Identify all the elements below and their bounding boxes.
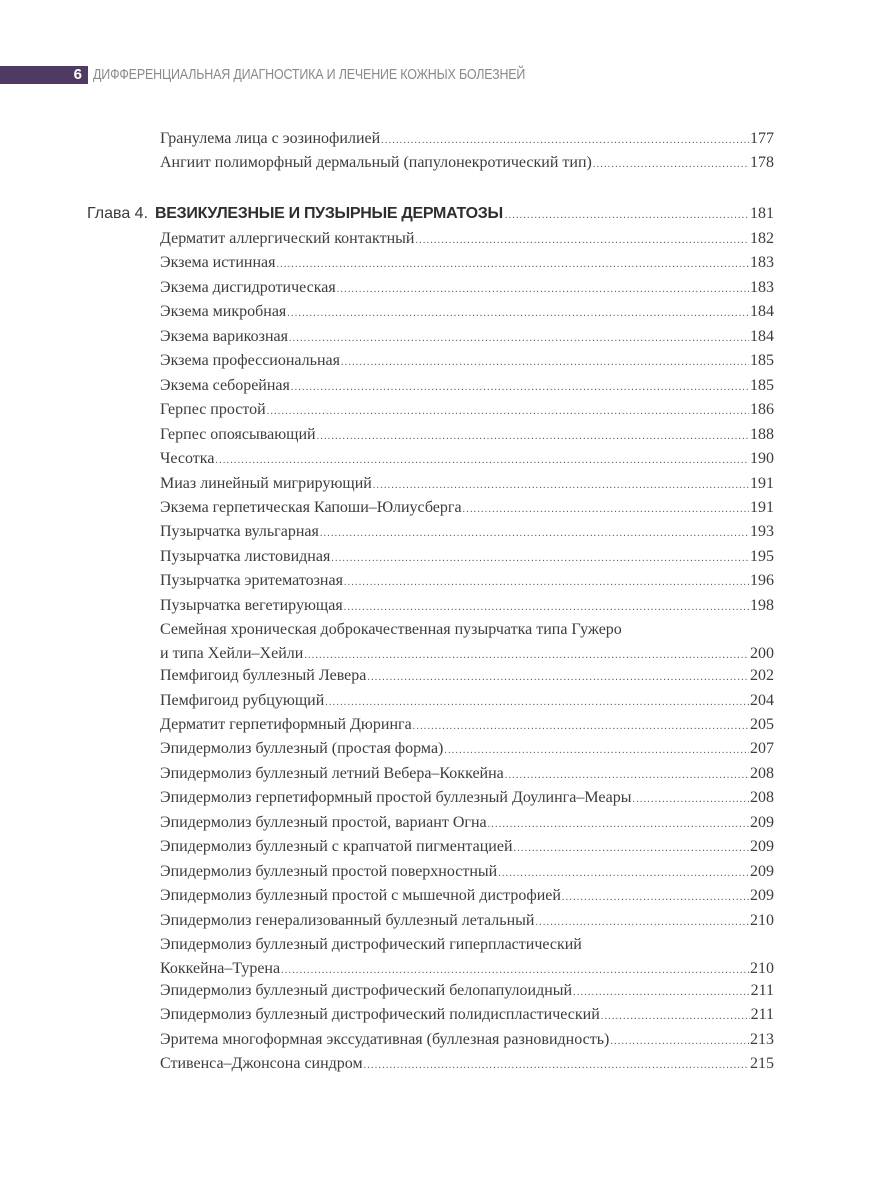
chapter-page: 181 [750,202,774,226]
toc-entry-row: Эритема многоформная экссудативная (булл… [160,1028,774,1054]
toc-entry[interactable]: Гранулема лица с эозинофилией177 [160,127,774,153]
toc-entry[interactable]: Пузырчатка эритематозная196 [160,569,774,595]
toc-entry-title: Экзема профессиональная [160,349,340,373]
toc-entry-page: 213 [750,1028,774,1052]
toc-entry[interactable]: Эпидермолиз буллезный (простая форма)207 [160,737,774,763]
toc-entry-title: Дерматит аллергический контактный [160,227,414,251]
toc-entry-page: 186 [750,398,774,422]
dot-leader [535,911,749,935]
running-title: ДИФФЕРЕНЦИАЛЬНАЯ ДИАГНОСТИКА И ЛЕЧЕНИЕ К… [93,66,525,84]
toc-entry-row: Дерматит герпетиформный Дюринга205 [160,713,774,739]
toc-entry-page: 185 [750,374,774,398]
dot-leader [289,327,749,351]
toc-entry-row: Экзема дисгидротическая183 [160,276,774,302]
dot-leader [415,229,749,253]
toc-entry-row: Пузырчатка листовидная195 [160,545,774,571]
toc-entry-title: Пемфигоид буллезный Левера [160,664,366,688]
dot-leader [341,351,749,375]
toc-entry-title: Пузырчатка вегетирующая [160,594,343,618]
toc-entry-title: Эпидермолиз буллезный простой, вариант О… [160,811,487,835]
toc-entry[interactable]: Чесотка190 [160,447,774,473]
toc-entry-row: Эпидермолиз буллезный с крапчатой пигмен… [160,835,774,861]
toc-entry[interactable]: Экзема профессиональная185 [160,349,774,375]
page-number: 6 [74,66,82,83]
toc-entry-page: 183 [750,276,774,300]
dot-leader [633,788,750,812]
toc-entry-title: Пемфигоид рубцующий [160,689,324,713]
toc-entry[interactable]: Экзема истинная183 [160,251,774,277]
running-header: 6 ДИФФЕРЕНЦИАЛЬНАЯ ДИАГНОСТИКА И ЛЕЧЕНИЕ… [0,63,870,85]
dot-leader [514,837,749,861]
toc-entry-title: Эпидермолиз буллезный с крапчатой пигмен… [160,835,513,859]
dot-leader [593,153,749,177]
toc-entry-row: Пемфигоид рубцующий204 [160,689,774,715]
toc-entry-title: Гранулема лица с эозинофилией [160,127,380,151]
dot-leader [215,449,749,473]
dot-leader [344,596,749,620]
toc-entry-page: 211 [751,979,774,1003]
toc-entry-row: Ангиит полиморфный дермальный (папулонек… [160,151,774,177]
toc-entry-row: Эпидермолиз генерализованный буллезный л… [160,909,774,935]
toc-entry[interactable]: Пузырчатка листовидная195 [160,545,774,571]
toc-entry-page: 202 [750,664,774,688]
chapter-heading[interactable]: Глава 4.ВЕЗИКУЛЕЗНЫЕ И ПУЗЫРНЫЕ ДЕРМАТОЗ… [87,202,774,228]
toc-entry-page: 196 [750,569,774,593]
dot-leader [505,764,749,788]
toc-entry-row: Экзема себорейная185 [160,374,774,400]
toc-entry[interactable]: Эпидермолиз буллезный летний Вебера–Кокк… [160,762,774,788]
toc-entry-row: Герпес опоясывающий188 [160,423,774,449]
dot-leader [331,547,749,571]
toc-entry-title: Эпидермолиз буллезный летний Вебера–Кокк… [160,762,504,786]
toc-entry-row: Эпидермолиз герпетиформный простой булле… [160,786,774,812]
toc-entry-row: Дерматит аллергический контактный182 [160,227,774,253]
toc-entry-page: 215 [750,1052,774,1076]
toc-entry-row: Пузырчатка эритематозная196 [160,569,774,595]
page-number-tab: 6 [0,66,88,84]
toc-entry[interactable]: Эпидермолиз герпетиформный простой булле… [160,786,774,812]
dot-leader [573,981,749,1005]
toc-entry[interactable]: Экзема дисгидротическая183 [160,276,774,302]
toc-entry-row: Пузырчатка вегетирующая198 [160,594,774,620]
toc-entry-page: 184 [750,300,774,324]
toc-entry-page: 183 [750,251,774,275]
toc-entry-row: Чесотка190 [160,447,774,473]
toc-entry[interactable]: Эпидермолиз буллезный простой с мышечной… [160,884,774,910]
toc-entry-page: 209 [750,884,774,908]
toc-entry-row: Эпидермолиз буллезный простой поверхност… [160,860,774,886]
toc-entry[interactable]: Эпидермолиз буллезный простой поверхност… [160,860,774,886]
toc-entry[interactable]: Дерматит герпетиформный Дюринга205 [160,713,774,739]
toc-entry[interactable]: Экзема герпетическая Капоши–Юлиусберга19… [160,496,774,522]
toc-entry-page: 207 [750,737,774,761]
chapter-row: Глава 4.ВЕЗИКУЛЕЗНЫЕ И ПУЗЫРНЫЕ ДЕРМАТОЗ… [87,202,774,228]
toc-entry[interactable]: Экзема варикозная184 [160,325,774,351]
toc-entry-page: 193 [750,520,774,544]
toc-entry-row: Экзема варикозная184 [160,325,774,351]
toc-entry-title: Коккейна–Турена [160,957,280,981]
toc-entry-row: Экзема истинная183 [160,251,774,277]
toc-entry-page: 177 [750,127,774,151]
dot-leader [325,691,749,715]
toc-entry-page: 178 [750,151,774,175]
toc-entry-row: Миаз линейный мигрирующий191 [160,472,774,498]
toc-entry-title: Эпидермолиз генерализованный буллезный л… [160,909,534,933]
toc-entry-title: Эпидермолиз герпетиформный простой булле… [160,786,632,810]
toc-entry-row: Пузырчатка вульгарная193 [160,520,774,546]
toc-entry[interactable]: Семейная хроническая доброкачественная п… [160,618,774,668]
dot-leader [267,400,749,424]
toc-entry-page: 188 [750,423,774,447]
dot-leader [601,1005,750,1029]
toc-entry-title: Пузырчатка вульгарная [160,520,319,544]
toc-entry-title: Миаз линейный мигрирующий [160,472,372,496]
toc-entry-title: Эпидермолиз буллезный (простая форма) [160,737,443,761]
dot-leader [344,571,749,595]
toc-entry[interactable]: Ангиит полиморфный дермальный (папулонек… [160,151,774,177]
toc-entry-page: 182 [750,227,774,251]
toc-entry-row: Эпидермолиз буллезный простой, вариант О… [160,811,774,837]
dot-leader [276,253,749,277]
toc-entry-row: Экзема профессиональная185 [160,349,774,375]
toc-entry[interactable]: Эпидермолиз генерализованный буллезный л… [160,909,774,935]
toc-entry-title: и типа Хейли–Хейли [160,642,303,666]
dot-leader [287,302,749,326]
dot-leader [444,739,749,763]
toc-entry-page: 198 [750,594,774,618]
toc-entry-page: 190 [750,447,774,471]
toc-entry-title: Эпидермолиз буллезный простой с мышечной… [160,884,561,908]
toc-entry-row: Эпидермолиз буллезный (простая форма)207 [160,737,774,763]
toc-entry-title: Дерматит герпетиформный Дюринга [160,713,412,737]
toc-entry-page: 208 [750,786,774,810]
dot-leader [337,278,749,302]
dot-leader [291,376,749,400]
toc-entry[interactable]: Пузырчатка вегетирующая198 [160,594,774,620]
toc-entry[interactable]: Герпес простой186 [160,398,774,424]
toc-entry[interactable]: Эпидермолиз буллезный дистрофический пол… [160,1003,774,1029]
dot-leader [381,129,749,153]
toc-entry[interactable]: Эпидермолиз буллезный дистрофический гип… [160,933,774,983]
toc-entry[interactable]: Герпес опоясывающий188 [160,423,774,449]
dot-leader [562,886,749,910]
toc-entry-page: 184 [750,325,774,349]
toc-entry-row: Эпидермолиз буллезный дистрофический пол… [160,1003,774,1029]
toc-entry[interactable]: Пемфигоид буллезный Левера202 [160,664,774,690]
toc-entry-page: 208 [750,762,774,786]
toc-entry-title: Эритема многоформная экссудативная (булл… [160,1028,609,1052]
dot-leader [373,474,749,498]
dot-leader [317,425,749,449]
dot-leader [488,813,749,837]
dot-leader [413,715,749,739]
toc-entry[interactable]: Эпидермолиз буллезный простой, вариант О… [160,811,774,837]
dot-leader [463,498,749,522]
toc-entry[interactable]: Пузырчатка вульгарная193 [160,520,774,546]
toc-entry-page: 204 [750,689,774,713]
toc-entry[interactable]: Эпидермолиз буллезный с крапчатой пигмен… [160,835,774,861]
toc-entry-title: Стивенса–Джонсона синдром [160,1052,363,1076]
toc-entry-title: Чесотка [160,447,214,471]
toc-entry[interactable]: Эпидермолиз буллезный дистрофический бел… [160,979,774,1005]
toc-entry-page: 185 [750,349,774,373]
toc-entry-title: Экзема дисгидротическая [160,276,336,300]
chapter-title: ВЕЗИКУЛЕЗНЫЕ И ПУЗЫРНЫЕ ДЕРМАТОЗЫ [155,202,503,226]
dot-leader [498,862,749,886]
toc-entry[interactable]: Эритема многоформная экссудативная (булл… [160,1028,774,1054]
toc-entry-title: Экзема герпетическая Капоши–Юлиусберга [160,496,462,520]
toc-entry-title: Герпес опоясывающий [160,423,316,447]
toc-entry-title: Герпес простой [160,398,266,422]
toc-entry-page: 191 [750,496,774,520]
toc-entry[interactable]: Дерматит аллергический контактный182 [160,227,774,253]
toc-entry-title: Эпидермолиз буллезный дистрофический бел… [160,979,572,1003]
toc-entry[interactable]: Стивенса–Джонсона синдром215 [160,1052,774,1078]
toc-entry[interactable]: Пемфигоид рубцующий204 [160,689,774,715]
toc-entry-row: Экзема микробная184 [160,300,774,326]
toc-entry-title: Пузырчатка листовидная [160,545,330,569]
toc-entry-title: Экзема микробная [160,300,286,324]
toc-entry[interactable]: Миаз линейный мигрирующий191 [160,472,774,498]
dot-leader [364,1054,749,1078]
dot-leader [610,1030,749,1054]
toc-entry-page: 210 [750,909,774,933]
toc-entry-title: Экзема себорейная [160,374,290,398]
toc-entry[interactable]: Экзема микробная184 [160,300,774,326]
dot-leader [505,204,748,228]
toc-entry-page: 209 [750,860,774,884]
toc-entry-row: Эпидермолиз буллезный дистрофический бел… [160,979,774,1005]
toc-entry-title: Пузырчатка эритематозная [160,569,343,593]
toc-entry-title: Эпидермолиз буллезный простой поверхност… [160,860,497,884]
toc-entry-page: 211 [751,1003,774,1027]
toc-entry-row: Пемфигоид буллезный Левера202 [160,664,774,690]
toc-entry-page: 209 [750,835,774,859]
toc-entry-row: Герпес простой186 [160,398,774,424]
toc-entry-page: 191 [750,472,774,496]
toc-entry-title: Эпидермолиз буллезный дистрофический пол… [160,1003,600,1027]
toc-entry-title-line1: Семейная хроническая доброкачественная п… [160,618,774,642]
chapter-label: Глава 4. [87,202,148,226]
dot-leader [320,522,749,546]
toc-entry-title: Ангиит полиморфный дермальный (папулонек… [160,151,592,175]
toc-entry-row: Стивенса–Джонсона синдром215 [160,1052,774,1078]
toc-entry-row: Экзема герпетическая Капоши–Юлиусберга19… [160,496,774,522]
dot-leader [367,666,749,690]
toc-entry-title: Экзема варикозная [160,325,288,349]
toc-entry[interactable]: Экзема себорейная185 [160,374,774,400]
toc-entry-row: Эпидермолиз буллезный простой с мышечной… [160,884,774,910]
toc-entry-row: Эпидермолиз буллезный летний Вебера–Кокк… [160,762,774,788]
toc-entry-page: 195 [750,545,774,569]
toc-entry-title: Экзема истинная [160,251,275,275]
toc-entry-page: 205 [750,713,774,737]
toc-entry-page: 200 [750,642,774,666]
toc-entry-title-line1: Эпидермолиз буллезный дистрофический гип… [160,933,774,957]
toc-entry-row: Гранулема лица с эозинофилией177 [160,127,774,153]
toc-entry-page: 209 [750,811,774,835]
toc-entry-page: 210 [750,957,774,981]
